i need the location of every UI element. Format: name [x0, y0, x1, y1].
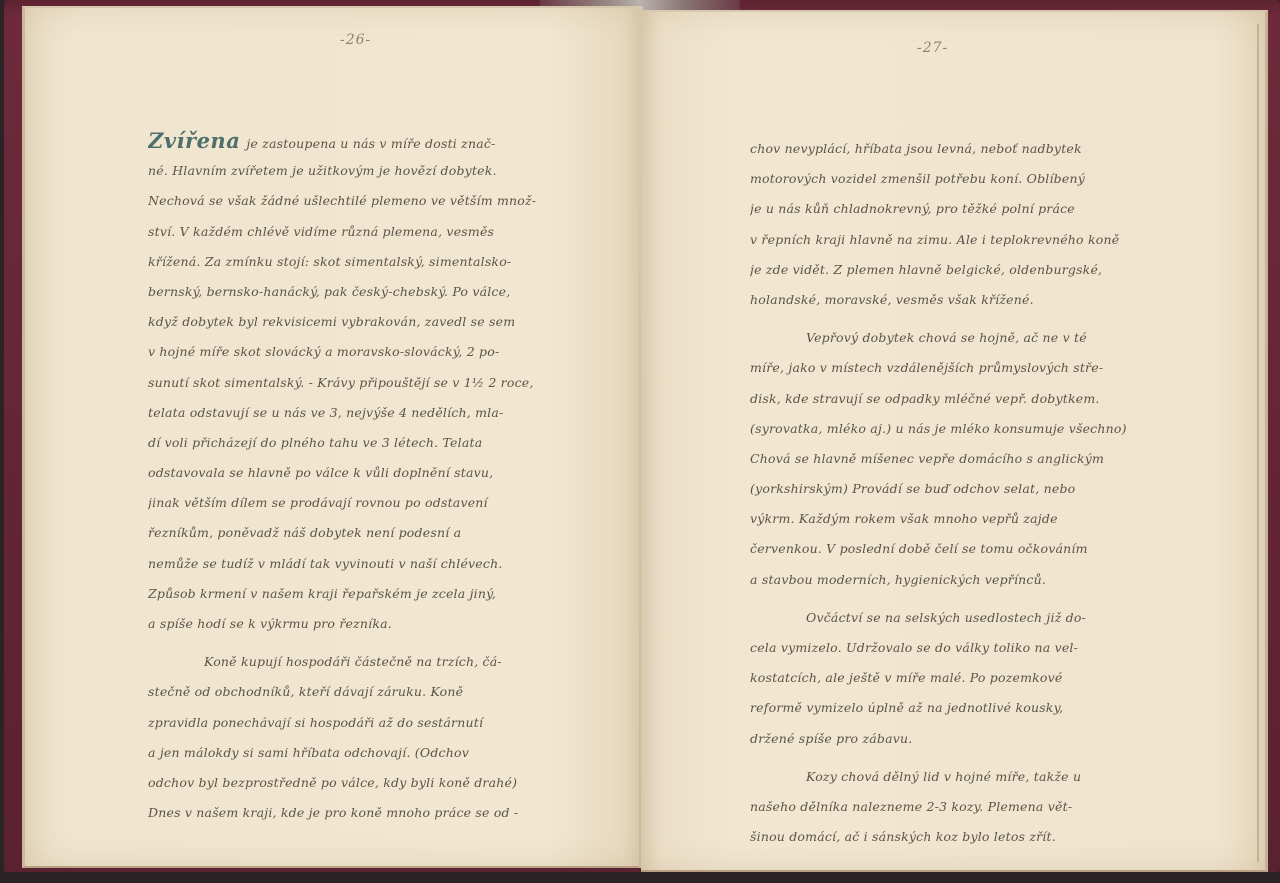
- text-line: řezníkům, poněvadž náš dobytek není pode…: [148, 518, 588, 548]
- paragraph-gap: [148, 639, 588, 647]
- page-edge-line: [1257, 24, 1259, 862]
- text-line: a stavbou moderních, hygienických vepřín…: [750, 565, 1190, 595]
- text-line: Dnes v našem kraji, kde je pro koně mnoh…: [148, 798, 588, 828]
- right-page-text: chov nevyplácí, hříbata jsou levná, nebo…: [750, 134, 1190, 852]
- text-line: reformě vymizelo úplně až na jednotlivé …: [750, 693, 1190, 723]
- text-line: je u nás kůň chladnokrevný, pro těžké po…: [750, 194, 1190, 224]
- text-line: držené spíše pro zábavu.: [750, 724, 1190, 754]
- section-heading: Zvířena: [148, 128, 240, 153]
- text-line: našeho dělníka nalezneme 2-3 kozy. Pleme…: [750, 792, 1190, 822]
- text-line: a jen málokdy si sami hříbata odchovají.…: [148, 738, 588, 768]
- book-scan: -26- -27- Zvířenaje zastoupena u nás v m…: [0, 0, 1280, 883]
- text-line: né. Hlavním zvířetem je užitkovým je hov…: [148, 156, 588, 186]
- text-line: když dobytek byl rekvisicemi vybrakován,…: [148, 307, 588, 337]
- text-line: odchov byl bezprostředně po válce, kdy b…: [148, 768, 588, 798]
- text-line: stečně od obchodníků, kteří dávají záruk…: [148, 677, 588, 707]
- text-line: v hojné míře skot slovácký a moravsko-sl…: [148, 337, 588, 367]
- text-line: bernský, bernsko-hanácký, pak český-cheb…: [148, 277, 588, 307]
- text-line: zpravidla ponechávají si hospodáři až do…: [148, 708, 588, 738]
- text-line: v řepních kraji hlavně na zimu. Ale i te…: [750, 225, 1190, 255]
- text-line: křížená. Za zmínku stojí: skot simentals…: [148, 247, 588, 277]
- text-line: disk, kde stravují se odpadky mléčné vep…: [750, 384, 1190, 414]
- paragraph-gap: [750, 315, 1190, 323]
- text-line: Nechová se však žádné ušlechtilé plemeno…: [148, 186, 588, 216]
- text-line: chov nevyplácí, hříbata jsou levná, nebo…: [750, 134, 1190, 164]
- text-line: a spíše hodí se k výkrmu pro řezníka.: [148, 609, 588, 639]
- page-number-left: -26-: [340, 32, 371, 48]
- text-line: Způsob krmení v našem kraji řepařském je…: [148, 579, 588, 609]
- text-line: nemůže se tudíž v mládí tak vyvinouti v …: [148, 549, 588, 579]
- text-line: dí voli přicházejí do plného tahu ve 3 l…: [148, 428, 588, 458]
- text-line: Ovčáctví se na selských usedlostech již …: [750, 603, 1190, 633]
- text-line: motorových vozidel zmenšil potřebu koní.…: [750, 164, 1190, 194]
- text-line: (syrovatka, mléko aj.) u nás je mléko ko…: [750, 414, 1190, 444]
- text-line: červenkou. V poslední době čelí se tomu …: [750, 534, 1190, 564]
- text-line: šinou domácí, ač i sánských koz bylo let…: [750, 822, 1190, 852]
- text-line: Kozy chová dělný lid v hojné míře, takže…: [750, 762, 1190, 792]
- page-number-right: -27-: [917, 40, 948, 56]
- left-page-text: Zvířenaje zastoupena u nás v míře dosti …: [148, 126, 588, 828]
- text-line: odstavovala se hlavně po válce k vůli do…: [148, 458, 588, 488]
- text-line: Koně kupují hospodáři částečně na trzích…: [148, 647, 588, 677]
- text-line: cela vymizelo. Udržovalo se do války tol…: [750, 633, 1190, 663]
- text-line: kostatcích, ale ještě v míře malé. Po po…: [750, 663, 1190, 693]
- paragraph-gap: [750, 595, 1190, 603]
- text-line: výkrm. Každým rokem však mnoho vepřů zaj…: [750, 504, 1190, 534]
- text-line: Vepřový dobytek chová se hojně, ač ne v …: [750, 323, 1190, 353]
- text-line: míře, jako v místech vzdálenějších průmy…: [750, 353, 1190, 383]
- text-line-content: je zastoupena u nás v míře dosti znač-: [246, 136, 495, 151]
- text-line: Chová se hlavně míšenec vepře domácího s…: [750, 444, 1190, 474]
- paragraph-gap: [750, 754, 1190, 762]
- text-line: jinak větším dílem se prodávají rovnou p…: [148, 488, 588, 518]
- text-line: telata odstavují se u nás ve 3, nejvýše …: [148, 398, 588, 428]
- text-line: Zvířenaje zastoupena u nás v míře dosti …: [148, 126, 588, 156]
- text-line: je zde vidět. Z plemen hlavně belgické, …: [750, 255, 1190, 285]
- text-line: sunutí skot simentalský. - Krávy připouš…: [148, 368, 588, 398]
- text-line: ství. V každém chlévě vidíme různá pleme…: [148, 217, 588, 247]
- text-line: (yorkshirským) Provádí se buď odchov sel…: [750, 474, 1190, 504]
- text-line: holandské, moravské, vesměs však křížené…: [750, 285, 1190, 315]
